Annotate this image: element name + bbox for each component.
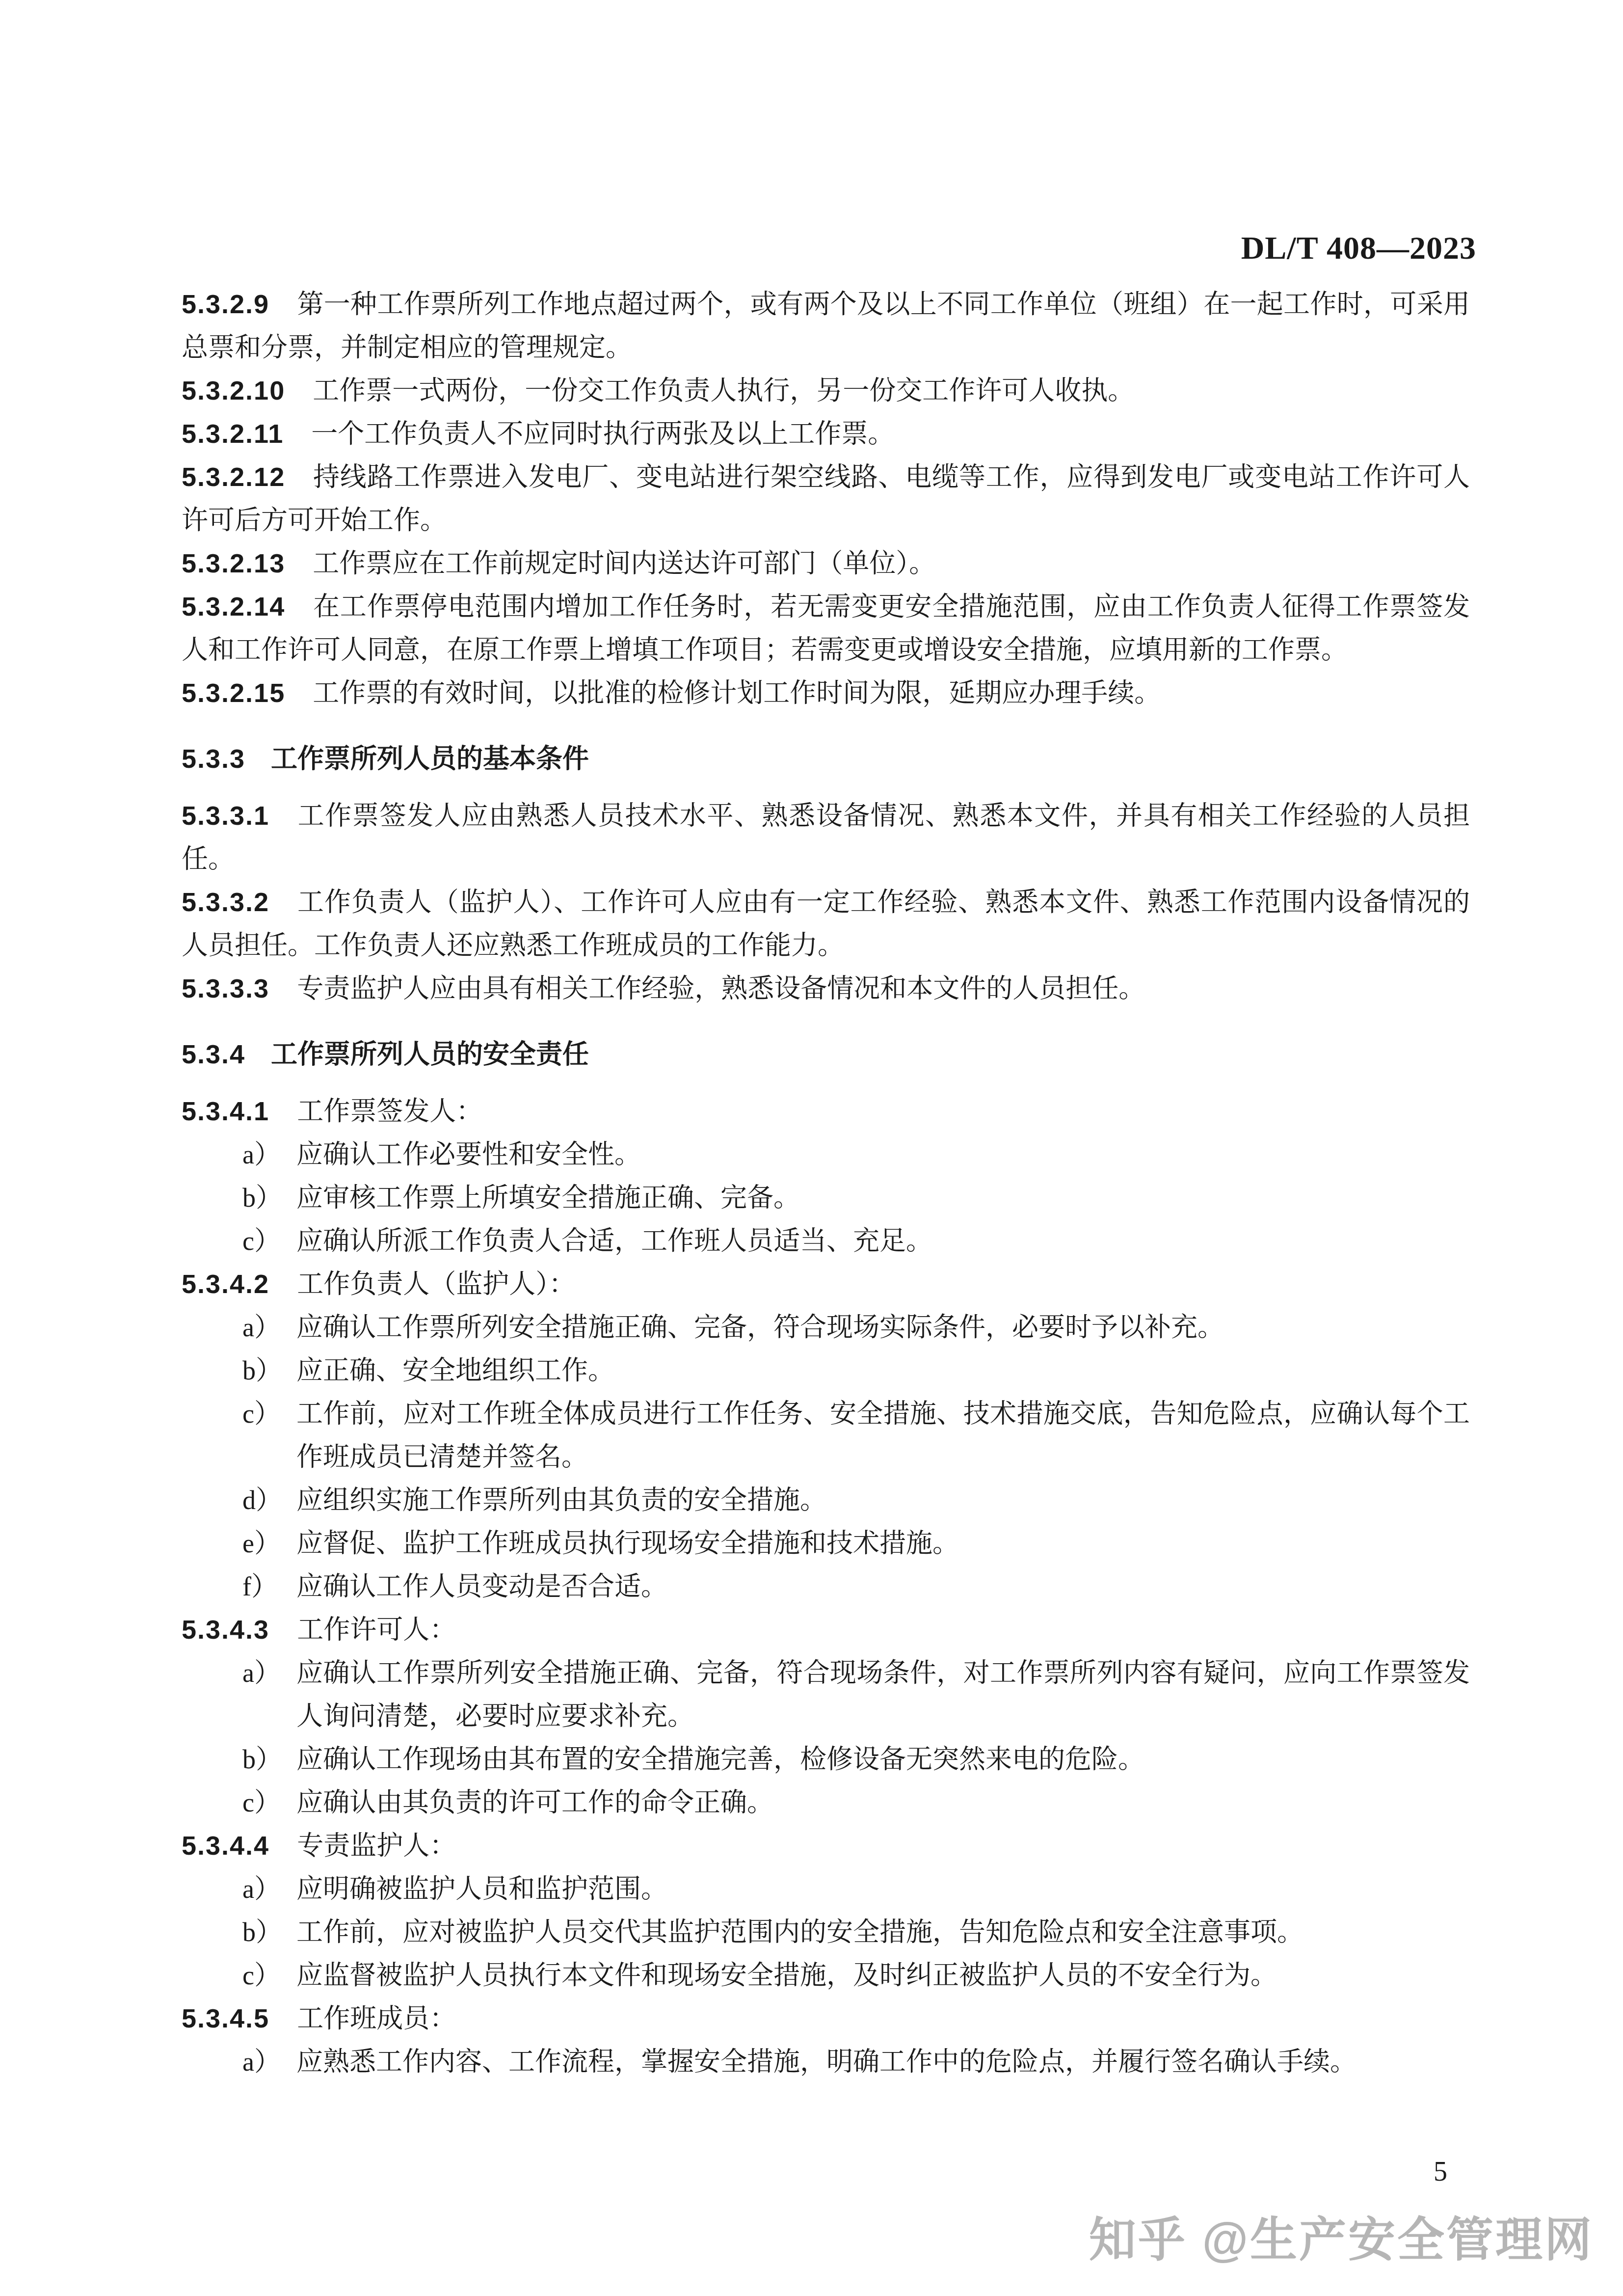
page-number: 5 <box>1434 2156 1447 2188</box>
list-item: b）应审核工作票上所填安全措施正确、完备。 <box>182 1176 1470 1219</box>
list-item-label: c） <box>242 1781 296 1824</box>
list-item: a）应明确被监护人员和监护范围。 <box>182 1867 1470 1911</box>
clause-text: 工作负责人（监护人）： <box>297 1270 575 1299</box>
list-item-text: 工作前，应对被监护人员交代其监护范围内的安全措施，告知危险点和安全注意事项。 <box>296 1911 1470 1954</box>
clause-text: 在工作票停电范围内增加工作任务时，若无需变更安全措施范围，应由工作负责人征得工作… <box>182 592 1470 665</box>
list-item-label: a） <box>242 1867 296 1911</box>
list-item: a）应熟悉工作内容、工作流程，掌握安全措施，明确工作中的危险点，并履行签名确认手… <box>182 2040 1470 2083</box>
list-item-label: b） <box>242 1738 296 1781</box>
clause-text: 工作票的有效时间，以批准的检修计划工作时间为限，延期应办理手续。 <box>313 678 1161 708</box>
clause-number: 5.3.3.3 <box>182 974 269 1003</box>
list-item-text: 应审核工作票上所填安全措施正确、完备。 <box>296 1176 1470 1219</box>
list-item-text: 应正确、安全地组织工作。 <box>296 1349 1470 1392</box>
clause-text: 工作班成员： <box>297 2004 456 2033</box>
clause: 5.3.3.2工作负责人（监护人）、工作许可人应由有一定工作经验、熟悉本文件、熟… <box>182 881 1470 967</box>
clause: 5.3.2.13工作票应在工作前规定时间内送达许可部门（单位）。 <box>182 542 1470 585</box>
clause: 5.3.3.3专责监护人应由具有相关工作经验，熟悉设备情况和本文件的人员担任。 <box>182 967 1470 1010</box>
clause-text: 持线路工作票进入发电厂、变电站进行架空线路、电缆等工作，应得到发电厂或变电站工作… <box>182 462 1470 535</box>
list-item: c）应确认所派工作负责人合适，工作班人员适当、充足。 <box>182 1219 1470 1263</box>
list-item: d）应组织实施工作票所列由其负责的安全措施。 <box>182 1479 1470 1522</box>
section-title: 工作票所列人员的基本条件 <box>271 744 589 774</box>
list-item-label: a） <box>242 1651 296 1738</box>
clause: 5.3.2.14在工作票停电范围内增加工作任务时，若无需变更安全措施范围，应由工… <box>182 585 1470 672</box>
clause-text: 工作票应在工作前规定时间内送达许可部门（单位）。 <box>313 549 935 578</box>
list-item: a）应确认工作票所列安全措施正确、完备，符合现场条件，对工作票所列内容有疑问，应… <box>182 1651 1470 1738</box>
clause-number: 5.3.3.2 <box>182 888 269 917</box>
clause: 5.3.2.15工作票的有效时间，以批准的检修计划工作时间为限，延期应办理手续。 <box>182 672 1470 715</box>
clause-text: 一个工作负责人不应同时执行两张及以上工作票。 <box>311 419 894 449</box>
clause-number: 5.3.4.4 <box>182 1831 269 1861</box>
clause-number: 5.3.4.3 <box>182 1615 269 1645</box>
clause-text: 工作票签发人应由熟悉人员技术水平、熟悉设备情况、熟悉本文件，并具有相关工作经验的… <box>182 801 1470 874</box>
list-item-label: d） <box>242 1479 296 1522</box>
clause: 5.3.3.1工作票签发人应由熟悉人员技术水平、熟悉设备情况、熟悉本文件，并具有… <box>182 794 1470 881</box>
list-item-text: 应监督被监护人员执行本文件和现场安全措施，及时纠正被监护人员的不安全行为。 <box>296 1954 1470 1997</box>
list-item: a）应确认工作票所列安全措施正确、完备，符合现场实际条件，必要时予以补充。 <box>182 1306 1470 1349</box>
clause: 5.3.2.11一个工作负责人不应同时执行两张及以上工作票。 <box>182 412 1470 456</box>
list-item-label: b） <box>242 1176 296 1219</box>
clause-number: 5.3.2.10 <box>182 376 285 405</box>
clause-number: 5.3.4.5 <box>182 2004 269 2033</box>
clause-number: 5.3.2.13 <box>182 549 285 578</box>
list-item: b）工作前，应对被监护人员交代其监护范围内的安全措施，告知危险点和安全注意事项。 <box>182 1911 1470 1954</box>
list-item-label: f） <box>242 1565 296 1608</box>
clause: 5.3.2.12持线路工作票进入发电厂、变电站进行架空线路、电缆等工作，应得到发… <box>182 456 1470 542</box>
clause-number: 5.3.3.1 <box>182 801 269 831</box>
section-title: 工作票所列人员的安全责任 <box>271 1040 589 1069</box>
list-item-text: 应确认工作票所列安全措施正确、完备，符合现场条件，对工作票所列内容有疑问，应向工… <box>296 1651 1470 1738</box>
clause: 5.3.4.5工作班成员： <box>182 1997 1470 2040</box>
clause-text: 工作票一式两份，一份交工作负责人执行，另一份交工作许可人收执。 <box>313 376 1134 405</box>
list-item-text: 应督促、监护工作班成员执行现场安全措施和技术措施。 <box>296 1522 1470 1565</box>
list-item-label: b） <box>242 1911 296 1954</box>
clause-number: 5.3.4.2 <box>182 1270 269 1299</box>
list-item-label: a） <box>242 1306 296 1349</box>
clause-text: 专责监护人应由具有相关工作经验，熟悉设备情况和本文件的人员担任。 <box>297 974 1145 1003</box>
list-item-text: 应组织实施工作票所列由其负责的安全措施。 <box>296 1479 1470 1522</box>
clause: 5.3.4.3工作许可人： <box>182 1608 1470 1651</box>
list-item-text: 应确认工作必要性和安全性。 <box>296 1133 1470 1176</box>
list-item-text: 应明确被监护人员和监护范围。 <box>296 1867 1470 1911</box>
clause-number: 5.3.2.12 <box>182 462 285 492</box>
list-item: c）工作前，应对工作班全体成员进行工作任务、安全措施、技术措施交底，告知危险点，… <box>182 1392 1470 1479</box>
section-number: 5.3.4 <box>182 1040 245 1069</box>
list-item-label: e） <box>242 1522 296 1565</box>
list-item-text: 工作前，应对工作班全体成员进行工作任务、安全措施、技术措施交底，告知危险点，应确… <box>296 1392 1470 1479</box>
document-body: 5.3.2.9第一种工作票所列工作地点超过两个，或有两个及以上不同工作单位（班组… <box>182 283 1470 2083</box>
list-item-text: 应确认工作票所列安全措施正确、完备，符合现场实际条件，必要时予以补充。 <box>296 1306 1470 1349</box>
clause-number: 5.3.2.11 <box>182 419 284 449</box>
clause: 5.3.4.4专责监护人： <box>182 1824 1470 1867</box>
clause: 5.3.2.9第一种工作票所列工作地点超过两个，或有两个及以上不同工作单位（班组… <box>182 283 1470 369</box>
list-item: e）应督促、监护工作班成员执行现场安全措施和技术措施。 <box>182 1522 1470 1565</box>
clause-number: 5.3.2.15 <box>182 678 285 708</box>
list-item-label: a） <box>242 1133 296 1176</box>
clause-number: 5.3.2.14 <box>182 592 285 621</box>
watermark: 知乎 @生产安全管理网 <box>1089 2202 1594 2269</box>
list-item: c）应监督被监护人员执行本文件和现场安全措施，及时纠正被监护人员的不安全行为。 <box>182 1954 1470 1997</box>
list-item-text: 应确认工作现场由其布置的安全措施完善，检修设备无突然来电的危险。 <box>296 1738 1470 1781</box>
list-item: b）应确认工作现场由其布置的安全措施完善，检修设备无突然来电的危险。 <box>182 1738 1470 1781</box>
section-number: 5.3.3 <box>182 744 245 774</box>
clause-text: 第一种工作票所列工作地点超过两个，或有两个及以上不同工作单位（班组）在一起工作时… <box>182 290 1470 362</box>
clause-number: 5.3.4.1 <box>182 1097 269 1126</box>
clause: 5.3.4.1工作票签发人： <box>182 1090 1470 1133</box>
list-item: b）应正确、安全地组织工作。 <box>182 1349 1470 1392</box>
clause-text: 工作票签发人： <box>297 1097 482 1126</box>
list-item-text: 应熟悉工作内容、工作流程，掌握安全措施，明确工作中的危险点，并履行签名确认手续。 <box>296 2040 1470 2083</box>
clause-text: 专责监护人： <box>297 1831 456 1861</box>
list-item-label: a） <box>242 2040 296 2083</box>
standard-code-header: DL/T 408—2023 <box>0 230 1476 267</box>
list-item-label: b） <box>242 1349 296 1392</box>
clause-number: 5.3.2.9 <box>182 290 269 319</box>
list-item-label: c） <box>242 1392 296 1479</box>
clause: 5.3.2.10工作票一式两份，一份交工作负责人执行，另一份交工作许可人收执。 <box>182 369 1470 412</box>
list-item: a）应确认工作必要性和安全性。 <box>182 1133 1470 1176</box>
clause: 5.3.4.2工作负责人（监护人）： <box>182 1263 1470 1306</box>
clause-text: 工作负责人（监护人）、工作许可人应由有一定工作经验、熟悉本文件、熟悉工作范围内设… <box>182 888 1470 960</box>
list-item-text: 应确认所派工作负责人合适，工作班人员适当、充足。 <box>296 1219 1470 1263</box>
list-item-label: c） <box>242 1219 296 1263</box>
section-heading: 5.3.3工作票所列人员的基本条件 <box>182 737 1470 781</box>
list-item-text: 应确认工作人员变动是否合适。 <box>296 1565 1470 1608</box>
clause-text: 工作许可人： <box>297 1615 456 1645</box>
list-item: c）应确认由其负责的许可工作的命令正确。 <box>182 1781 1470 1824</box>
list-item-label: c） <box>242 1954 296 1997</box>
list-item: f）应确认工作人员变动是否合适。 <box>182 1565 1470 1608</box>
list-item-text: 应确认由其负责的许可工作的命令正确。 <box>296 1781 1470 1824</box>
section-heading: 5.3.4工作票所列人员的安全责任 <box>182 1033 1470 1076</box>
document-page: DL/T 408—2023 5.3.2.9第一种工作票所列工作地点超过两个，或有… <box>0 0 1623 2296</box>
